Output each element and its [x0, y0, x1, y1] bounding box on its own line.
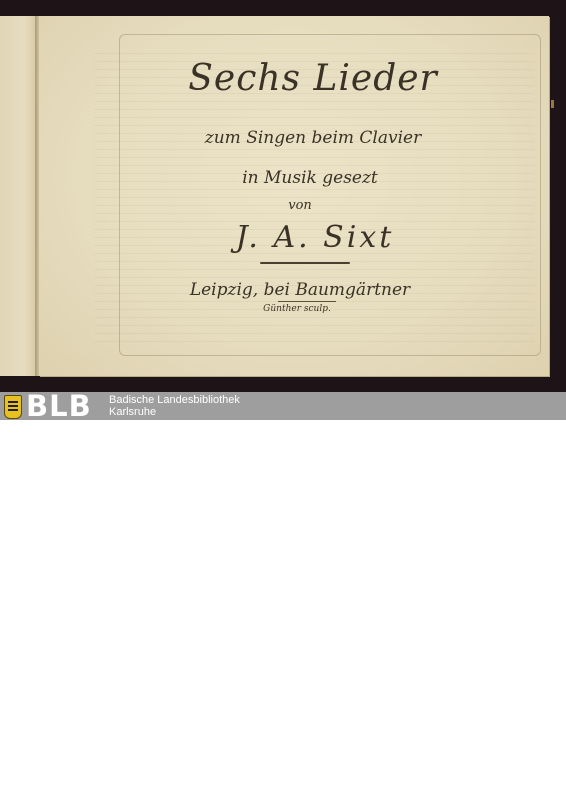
publisher-line: Leipzig, bei Baumgärtner	[190, 280, 410, 300]
library-banner: BLB Badische Landesbibliothek Karlsruhe	[0, 392, 566, 420]
document-by: von	[288, 198, 312, 213]
coat-of-arms-icon	[4, 395, 22, 419]
library-name: Badische Landesbibliothek	[109, 394, 240, 406]
library-logo: BLB	[26, 392, 92, 420]
page-edge-mark	[551, 100, 554, 108]
decorative-rule	[260, 262, 350, 264]
publisher-underline	[278, 301, 336, 302]
library-city: Karlsruhe	[109, 406, 156, 418]
document-line3: in Musik gesezt	[242, 168, 378, 188]
composer-name: J. A. Sixt	[236, 220, 395, 255]
scanned-spread: Sechs Lieder zum Singen beim Clavier in …	[0, 0, 566, 392]
engraver-credit: Günther sculp.	[263, 304, 331, 314]
document-subtitle: zum Singen beim Clavier	[205, 128, 421, 148]
left-page	[0, 16, 35, 376]
document-title: Sechs Lieder	[188, 58, 438, 99]
